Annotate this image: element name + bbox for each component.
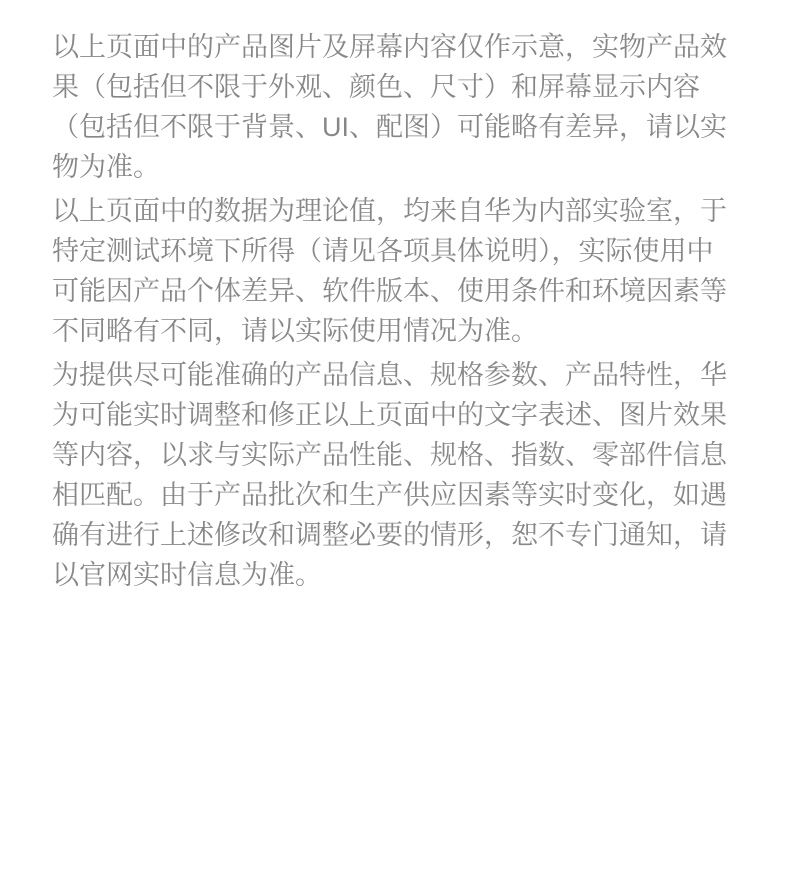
disclaimer-line: 特定测试环境下所得（请见各项具体说明），实际使用中 (52, 231, 732, 271)
disclaimer-line: 物为准。 (52, 147, 732, 187)
disclaimer-paragraph-images: 以上页面中的产品图片及屏幕内容仅作示意，实物产品效 果（包括但不限于外观、颜色、… (52, 27, 732, 187)
disclaimer-line: 不同略有不同，请以实际使用情况为准。 (52, 311, 732, 351)
disclaimer-paragraph-updates: 为提供尽可能准确的产品信息、规格参数、产品特性，华 为可能实时调整和修正以上页面… (52, 355, 732, 595)
disclaimer-line: 等内容，以求与实际产品性能、规格、指数、零部件信息 (52, 435, 732, 475)
disclaimer-line: 以上页面中的数据为理论值，均来自华为内部实验室，于 (52, 191, 732, 231)
disclaimer-line: 为提供尽可能准确的产品信息、规格参数、产品特性，华 (52, 355, 732, 395)
disclaimer-line: 以上页面中的产品图片及屏幕内容仅作示意，实物产品效 (52, 27, 732, 67)
disclaimer-section: 以上页面中的产品图片及屏幕内容仅作示意，实物产品效 果（包括但不限于外观、颜色、… (0, 0, 790, 595)
disclaimer-line: 以官网实时信息为准。 (52, 555, 732, 595)
disclaimer-line: 果（包括但不限于外观、颜色、尺寸）和屏幕显示内容 (52, 67, 732, 107)
disclaimer-paragraph-data: 以上页面中的数据为理论值，均来自华为内部实验室，于 特定测试环境下所得（请见各项… (52, 191, 732, 351)
disclaimer-line: 可能因产品个体差异、软件版本、使用条件和环境因素等 (52, 271, 732, 311)
disclaimer-line: 确有进行上述修改和调整必要的情形，恕不专门通知，请 (52, 515, 732, 555)
disclaimer-line: 为可能实时调整和修正以上页面中的文字表述、图片效果 (52, 395, 732, 435)
disclaimer-line: 相匹配。由于产品批次和生产供应因素等实时变化，如遇 (52, 475, 732, 515)
disclaimer-line: （包括但不限于背景、UI、配图）可能略有差异，请以实 (52, 107, 732, 147)
